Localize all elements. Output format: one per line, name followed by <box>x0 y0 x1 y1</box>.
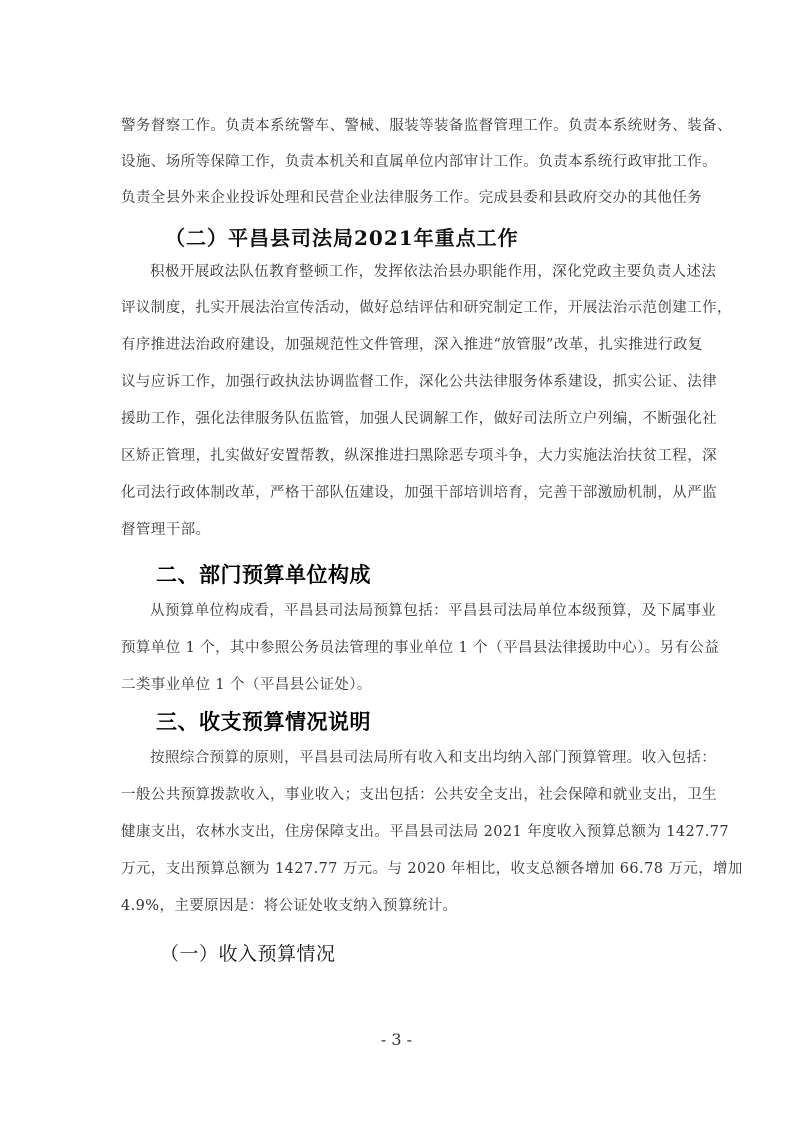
document-page: 警务督察工作。负责本系统警车、警械、服装等装备监督管理工作。负责本系统财务、装备… <box>0 0 793 1122</box>
paragraph-line: 健康支出，农林水支出，住房保障支出。平昌县司法局 2021 年度收入预算总额为 … <box>121 823 672 841</box>
paragraph-line: 督管理干部。 <box>121 521 672 539</box>
section-heading-budget-overview: 三、收支预算情况说明 <box>156 706 371 736</box>
paragraph-line: 区矫正管理，扎实做好安置帮教，纵深推进扫黑除恶专项斗争，大力实施法治扶贫工程，深 <box>121 447 672 465</box>
subsection-heading-income: （一）收入预算情况 <box>160 939 336 966</box>
paragraph-line: 按照综合预算的原则，平昌县司法局所有收入和支出均纳入部门预算管理。收入包括： <box>150 749 672 767</box>
paragraph-line: 有序推进法治政府建设，加强规范性文件管理，深入推进“放管服”改革，扎实推进行政复 <box>121 336 672 354</box>
paragraph-line: 化司法行政体制改革，严格干部队伍建设，加强干部培训培育，完善干部激励机制，从严监 <box>121 484 672 502</box>
paragraph-line: 预算单位 1 个，其中参照公务员法管理的事业单位 1 个（平昌县法律援助中心）。… <box>121 639 672 657</box>
paragraph-line: 4.9%，主要原因是：将公证处收支纳入预算统计。 <box>121 897 672 915</box>
paragraph-line: 评议制度，扎实开展法治宣传活动，做好总结评估和研究制定工作，开展法治示范创建工作… <box>121 299 672 317</box>
paragraph-line: 设施、场所等保障工作，负责本机关和直属单位内部审计工作。负责本系统行政审批工作。 <box>121 153 672 171</box>
paragraph-line: 一般公共预算拨款收入，事业收入；支出包括：公共安全支出，社会保障和就业支出，卫生 <box>121 786 672 804</box>
paragraph-line: 万元，支出预算总额为 1427.77 万元。与 2020 年相比，收支总额各增加… <box>121 860 672 878</box>
paragraph-line: 援助工作，强化法律服务队伍监管，加强人民调解工作，做好司法所立户列编，不断强化社 <box>121 410 672 428</box>
paragraph-line: 议与应诉工作，加强行政执法协调监督工作，深化公共法律服务体系建设，抓实公证、法律 <box>121 373 672 391</box>
paragraph-line: 积极开展政法队伍教育整顿工作，发挥依法治县办职能作用，深化党政主要负责人述法 <box>150 263 672 281</box>
paragraph-line: 从预算单位构成看，平昌县司法局预算包括：平昌县司法局单位本级预算，及下属事业 <box>150 602 672 620</box>
paragraph-line: 负责全县外来企业投诉处理和民营企业法律服务工作。完成县委和县政府交办的其他任务 <box>121 189 672 207</box>
paragraph-line: 二类事业单位 1 个（平昌县公证处）。 <box>121 676 672 694</box>
page-number: - 3 - <box>0 1030 793 1049</box>
section-heading-unit-composition: 二、部门预算单位构成 <box>156 559 371 589</box>
paragraph-line: 警务督察工作。负责本系统警车、警械、服装等装备监督管理工作。负责本系统财务、装备… <box>121 117 672 135</box>
subsection-heading-key-work: （二）平昌县司法局2021年重点工作 <box>165 222 519 251</box>
